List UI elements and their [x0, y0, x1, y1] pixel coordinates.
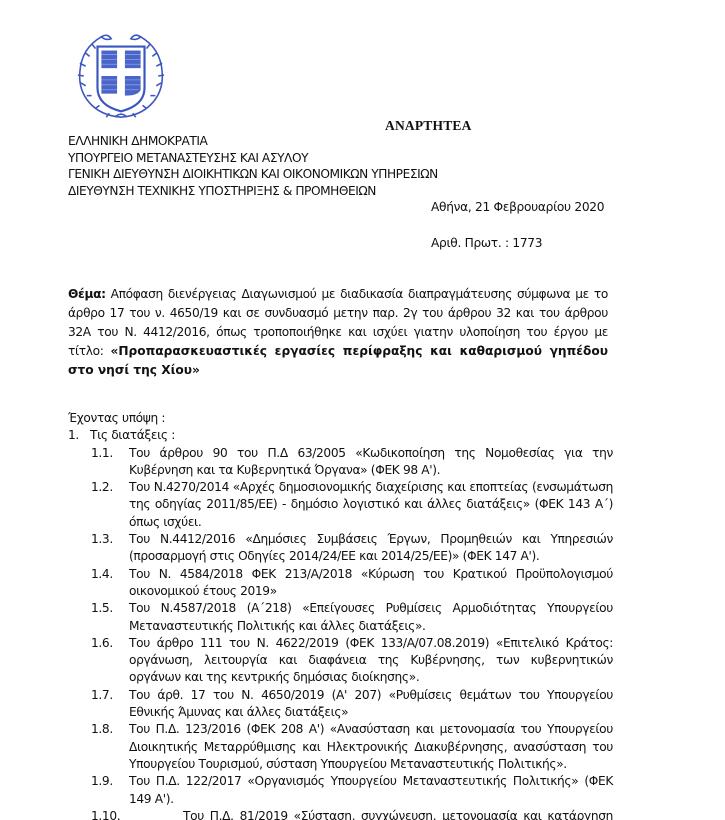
item-text: Του Ν.4587/2018 (Α΄218) «Επείγουσες Ρυθμ… [129, 600, 613, 635]
item-number: 1.9. [91, 773, 129, 808]
org-line-ministry: ΥΠΟΥΡΓΕΙΟ ΜΕΤΑΝΑΣΤΕΥΣΗΣ ΚΑΙ ΑΣΥΛΟΥ [68, 150, 438, 167]
section-number: 1. [68, 427, 90, 444]
item-number: 1.10. [91, 808, 183, 820]
list-item: 1.8.Του Π.Δ. 123/2016 (ΦΕΚ 208 Α') «Ανασ… [91, 721, 613, 773]
item-number: 1.8. [91, 721, 129, 773]
list-item: 1.2. Του Ν.4270/2014 «Αρχές δημοσιονομικ… [91, 479, 613, 531]
list-item: 1.4.Του Ν. 4584/2018 ΦΕΚ 213/Α/2018 «Κύρ… [91, 566, 613, 601]
item-text: Του Ν. 4584/2018 ΦΕΚ 213/Α/2018 «Κύρωση … [129, 566, 613, 601]
org-line-general-directorate: ΓΕΝΙΚΗ ΔΙΕΥΘΥΝΣΗ ΔΙΟΙΚΗΤΙΚΩΝ ΚΑΙ ΟΙΚΟΝΟΜ… [68, 166, 438, 183]
item-number: 1.7. [91, 687, 129, 722]
item-text: Του άρθ. 17 του Ν. 4650/2019 (Α' 207) «Ρ… [129, 687, 613, 722]
list-item: 1.6.Του άρθρο 111 του Ν. 4622/2019 (ΦΕΚ … [91, 635, 613, 687]
item-text: Του Ν.4270/2014 «Αρχές δημοσιονομικής δι… [129, 479, 613, 531]
section-provisions: 1. Τις διατάξεις : [68, 427, 613, 444]
list-item: 1.1.Του άρθρου 90 του Π.Δ 63/2005 «Κωδικ… [91, 445, 613, 480]
item-text: Του άρθρο 111 του Ν. 4622/2019 (ΦΕΚ 133/… [129, 635, 613, 687]
posting-label: ΑΝΑΡΤΗΤΕΑ [385, 118, 472, 134]
item-text: Του Π.Δ. 122/2017 «Οργανισμός Υπουργείου… [129, 773, 613, 808]
item-number: 1.6. [91, 635, 129, 687]
subject-paragraph: Θέμα: Απόφαση διενέργειας Διαγωνισμού με… [68, 285, 608, 380]
item-number: 1.5. [91, 600, 129, 635]
item-number: 1.4. [91, 566, 129, 601]
item-text: Του Π.Δ. 123/2016 (ΦΕΚ 208 Α') «Ανασύστα… [129, 721, 613, 773]
list-item: 1.3.Του Ν.4412/2016 «Δημόσιες Συμβάσεις … [91, 531, 613, 566]
item-text: Του Ν.4412/2016 «Δημόσιες Συμβάσεις Έργω… [129, 531, 613, 566]
item-number: 1.2. [91, 479, 129, 531]
org-line-republic: ΕΛΛΗΝΙΚΗ ΔΗΜΟΚΡΑΤΙΑ [68, 133, 438, 150]
document-body: Έχοντας υπόψη : 1. Τις διατάξεις : 1.1.Τ… [68, 410, 613, 820]
item-number: 1.1. [91, 445, 129, 480]
item-text: Του Π.Δ. 81/2019 «Σύσταση, συγχώνευση, μ… [183, 808, 613, 820]
section-label: Τις διατάξεις : [90, 427, 175, 444]
subject-label: Θέμα: [68, 287, 106, 301]
considering-heading: Έχοντας υπόψη : [68, 410, 613, 427]
list-item: 1.10.Του Π.Δ. 81/2019 «Σύσταση, συγχώνευ… [91, 808, 613, 820]
project-title: «Προπαρασκευαστικές εργασίες περίφραξης … [68, 344, 608, 377]
list-item: 1.7.Του άρθ. 17 του Ν. 4650/2019 (Α' 207… [91, 687, 613, 722]
document-date: Αθήνα, 21 Φεβρουαρίου 2020 [431, 200, 604, 214]
list-item: 1.9. Του Π.Δ. 122/2017 «Οργανισμός Υπουρ… [91, 773, 613, 808]
org-line-directorate: ΔΙΕΥΘΥΝΣΗ ΤΕΧΝΙΚΗΣ ΥΠΟΣΤΗΡΙΞΗΣ & ΠΡΟΜΗΘΕ… [68, 183, 438, 200]
coat-of-arms-emblem [72, 27, 170, 125]
item-number: 1.3. [91, 531, 129, 566]
provisions-list: 1.1.Του άρθρου 90 του Π.Δ 63/2005 «Κωδικ… [91, 445, 613, 820]
protocol-number: Αριθ. Πρωτ. : 1773 [431, 236, 542, 250]
item-text: Του άρθρου 90 του Π.Δ 63/2005 «Κωδικοποί… [129, 445, 613, 480]
list-item: 1.5.Του Ν.4587/2018 (Α΄218) «Επείγουσες … [91, 600, 613, 635]
organization-block: ΕΛΛΗΝΙΚΗ ΔΗΜΟΚΡΑΤΙΑ ΥΠΟΥΡΓΕΙΟ ΜΕΤΑΝΑΣΤΕΥ… [68, 133, 438, 199]
